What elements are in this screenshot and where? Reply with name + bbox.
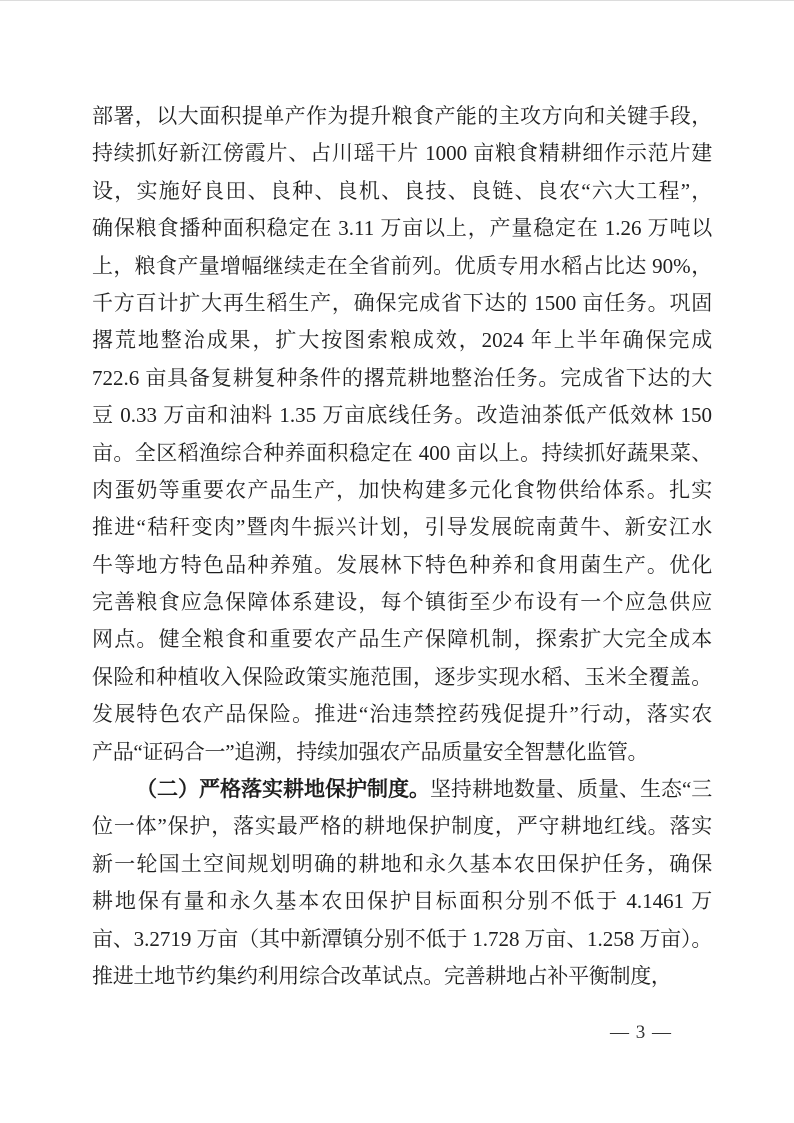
numeric-text: 1500 — [534, 291, 576, 315]
numeric-text: 4.1461 — [626, 889, 684, 913]
text-line: 持续抓好新江傍霞片、占川瑶干片 1000 亩粮食精耕细作示范片建 — [92, 135, 712, 172]
numeric-text: 1.728 — [472, 927, 519, 951]
document-page: 部署，以大面积提单产作为提升粮食产能的主攻方向和关键手段，持续抓好新江傍霞片、占… — [0, 0, 794, 1123]
text-line: 上，粮食产量增幅继续走在全省前列。优质专用水稻占比达 90%， — [92, 248, 712, 285]
numeric-text: 0.33 — [120, 403, 157, 427]
text-line: 千方百计扩大再生稻生产，确保完成省下达的 1500 亩任务。巩固 — [92, 285, 712, 322]
text-line: 肉蛋奶等重要农产品生产，加快构建多元化食物供给体系。扎实 — [92, 472, 712, 509]
text-line: 位一体”保护，落实最严格的耕地保护制度，严守耕地红线。落实 — [92, 808, 712, 845]
text-line: 722.6 亩具备复耕复种条件的撂荒耕地整治任务。完成省下达的大 — [92, 360, 712, 397]
numeric-text: 1000 — [425, 141, 467, 165]
text-line: 亩、3.2719 万亩（其中新潭镇分别不低于 1.728 万亩、1.258 万亩… — [92, 921, 712, 958]
text-line: 新一轮国土空间规划明确的耕地和永久基本农田保护任务，确保 — [92, 846, 712, 883]
paragraph-lead-bold: （二）严格落实耕地保护制度。 — [136, 777, 430, 801]
text-line: 发展特色农产品保险。推进“治违禁控药残促提升”行动，落实农 — [92, 696, 712, 733]
numeric-text: 400 — [419, 441, 451, 465]
text-line: 保险和种植收入保险政策实施范围，逐步实现水稻、玉米全覆盖。 — [92, 659, 712, 696]
document-body-text: 部署，以大面积提单产作为提升粮食产能的主攻方向和关键手段，持续抓好新江傍霞片、占… — [92, 98, 712, 995]
text-line: 部署，以大面积提单产作为提升粮食产能的主攻方向和关键手段， — [92, 98, 712, 135]
numeric-text: 90% — [652, 254, 691, 278]
text-line: 产品“证码合一”追溯，持续加强农产品质量安全智慧化监管。 — [92, 734, 712, 771]
text-line: 牛等地方特色品种养殖。发展林下特色种养和食用菌生产。优化 — [92, 547, 712, 584]
text-line: 推进“秸秆变肉”暨肉牛振兴计划，引导发展皖南黄牛、新安江水 — [92, 509, 712, 546]
numeric-text: 3.11 — [338, 216, 374, 240]
numeric-text: 722.6 — [92, 366, 139, 390]
text-line: 撂荒地整治成果，扩大按图索粮成效，2024 年上半年确保完成 — [92, 322, 712, 359]
numeric-text: 150 — [681, 403, 713, 427]
numeric-text: 2024 — [482, 328, 524, 352]
text-line: 网点。健全粮食和重要农产品生产保障机制，探索扩大完全成本 — [92, 621, 712, 658]
text-line: 耕地保有量和永久基本农田保护目标面积分别不低于 4.1461 万 — [92, 883, 712, 920]
text-line: 完善粮食应急保障体系建设，每个镇街至少布设有一个应急供应 — [92, 584, 712, 621]
text-line: 确保粮食播种面积稳定在 3.11 万亩以上，产量稳定在 1.26 万吨以 — [92, 210, 712, 247]
text-line: 亩。全区稻渔综合种养面积稳定在 400 亩以上。持续抓好蔬果菜、 — [92, 435, 712, 472]
text-line: 推进土地节约集约利用综合改革试点。完善耕地占补平衡制度， — [92, 958, 712, 995]
numeric-text: 1.26 — [605, 216, 642, 240]
text-line: 设，实施好良田、良种、良机、良技、良链、良农“六大工程”， — [92, 173, 712, 210]
numeric-text: 3.2719 — [134, 927, 192, 951]
numeric-text: 1.35 — [279, 403, 316, 427]
text-line: 豆 0.33 万亩和油料 1.35 万亩底线任务。改造油茶低产低效林 150 — [92, 397, 712, 434]
page-number: — 3 — — [0, 1020, 672, 1046]
numeric-text: 1.258 — [587, 927, 634, 951]
text-line: （二）严格落实耕地保护制度。坚持耕地数量、质量、生态“三 — [92, 771, 712, 808]
